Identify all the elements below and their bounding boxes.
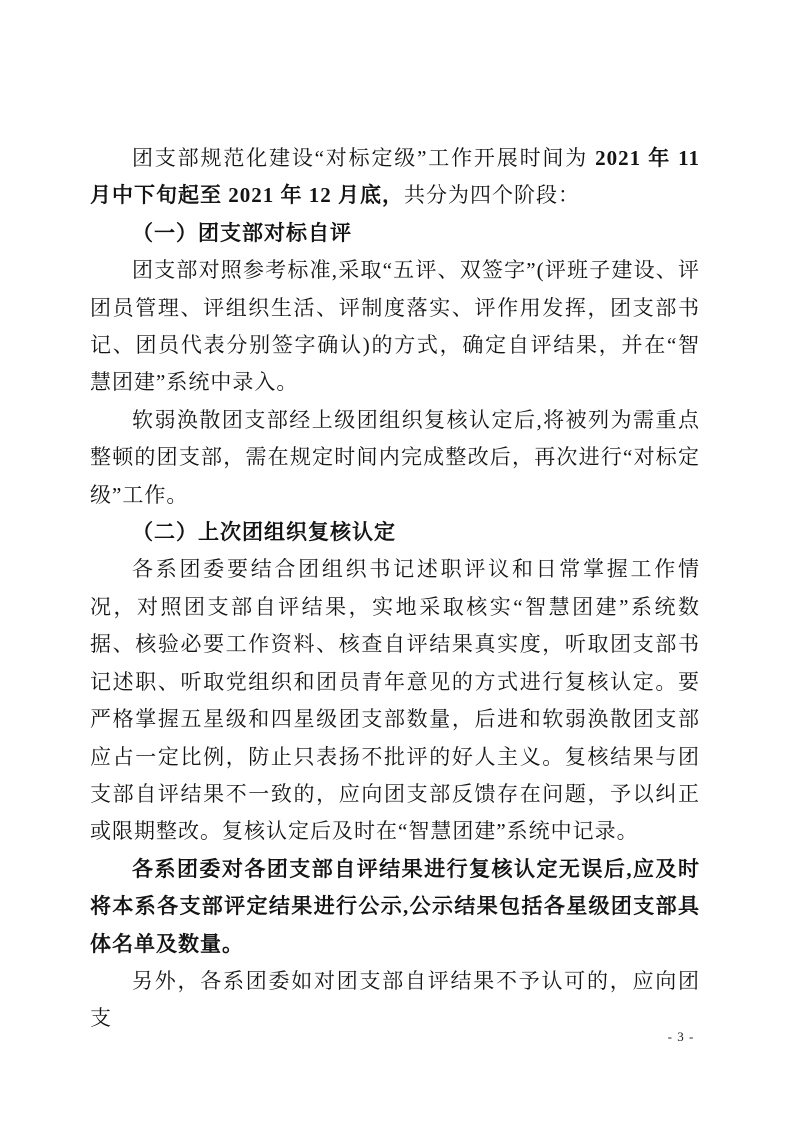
document-body: 团支部规范化建设“对标定级”工作开展时间为 2021 年 11 月中下旬起至 2… [90,140,700,1038]
paragraph-publicity-bold: 各系团委对各团支部自评结果进行复核认定无误后,应及时将本系各支部评定结果进行公示… [90,851,700,963]
paragraph-weak-branches: 软弱涣散团支部经上级团组织复核认定后,将被列为需重点整顿的团支部，需在规定时间内… [90,402,700,514]
heading-section-1-self-evaluation: （一）团支部对标自评 [90,215,700,252]
schedule-text-tail: 共分为四个阶段： [404,183,580,207]
document-page: 团支部规范化建设“对标定级”工作开展时间为 2021 年 11 月中下旬起至 2… [0,0,793,1122]
paragraph-self-evaluation-method: 团支部对照参考标准,采取“五评、双签字”(评班子建设、评团员管理、评组织生活、评… [90,252,700,402]
page-number: - 3 - [659,1029,703,1045]
heading-section-2-review-confirmation: （二）上次团组织复核认定 [90,514,700,551]
paragraph-schedule: 团支部规范化建设“对标定级”工作开展时间为 2021 年 11 月中下旬起至 2… [90,140,700,215]
schedule-text-lead: 团支部规范化建设“对标定级”工作开展时间为 [132,146,595,170]
paragraph-additional: 另外，各系团委如对团支部自评结果不予认可的，应向团支 [90,963,700,1038]
paragraph-review-process: 各系团委要结合团组织书记述职评议和日常掌握工作情况，对照团支部自评结果，实地采取… [90,551,700,850]
